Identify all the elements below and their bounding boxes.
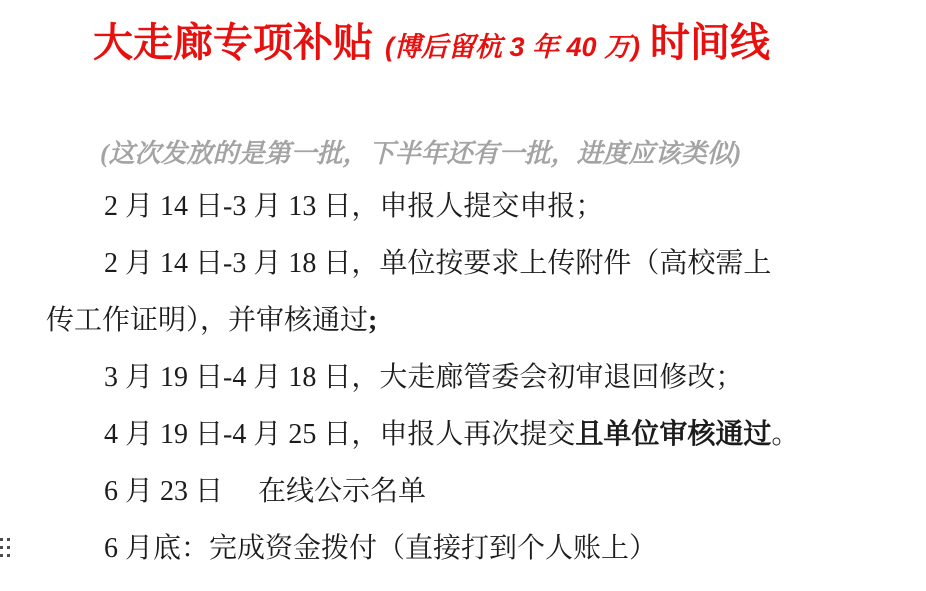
line-text: 2 月 14 日-3 月 13 日，申报人提交申报；	[104, 191, 603, 222]
line-text: 传工作证明），并审核通过	[46, 305, 368, 336]
timeline-line-2: 2 月 14 日-3 月 18 日，单位按要求上传附件（高校需上	[46, 235, 922, 292]
title-suffix: 时间线	[650, 21, 770, 65]
line-text: 3 月 19 日-4 月 18 日，大走廊管委会初审退回修改；	[104, 362, 743, 393]
grip-dot	[0, 554, 3, 557]
timeline-line-5: 6 月 23 日 在线公示名单	[46, 463, 922, 520]
timeline-line-1: 2 月 14 日-3 月 13 日，申报人提交申报；	[46, 178, 922, 235]
grip-dot	[7, 538, 10, 541]
grip-dot	[7, 546, 10, 549]
line-text: 2 月 14 日-3 月 18 日，单位按要求上传附件（高校需上	[104, 248, 771, 279]
line-bold-text: 且单位审核通过	[575, 419, 771, 450]
grip-dot	[7, 554, 10, 557]
timeline-line-6: 6 月底：完成资金拨付（直接打到个人账上）	[46, 520, 922, 577]
line-text: 。	[771, 419, 799, 450]
grip-dots-icon	[0, 538, 10, 557]
line-text: 4 月 19 日-4 月 25 日，申报人再次提交	[104, 419, 575, 450]
subtitle-note: (这次发放的是第一批，下半年还有一批，进度应该类似)	[100, 138, 741, 170]
title-parenthetical: (博后留杭 3 年 40 万)	[385, 32, 640, 62]
timeline-line-4: 4 月 19 日-4 月 25 日，申报人再次提交且单位审核通过。	[46, 406, 922, 463]
title-main: 大走廊专项补贴	[93, 21, 373, 65]
line-bold-text: ;	[368, 305, 377, 336]
grip-dot	[0, 546, 3, 549]
grip-dot	[0, 538, 3, 541]
page-title: 大走廊专项补贴(博后留杭 3 年 40 万)时间线	[93, 18, 770, 72]
timeline-line-3: 3 月 19 日-4 月 18 日，大走廊管委会初审退回修改；	[46, 349, 922, 406]
timeline-line-2-continued: 传工作证明），并审核通过;	[46, 292, 922, 349]
line-text: 6 月 23 日 在线公示名单	[104, 476, 426, 507]
timeline-text-block: 2 月 14 日-3 月 13 日，申报人提交申报； 2 月 14 日-3 月 …	[46, 178, 922, 577]
line-text: 6 月底：完成资金拨付（直接打到个人账上）	[104, 533, 657, 564]
